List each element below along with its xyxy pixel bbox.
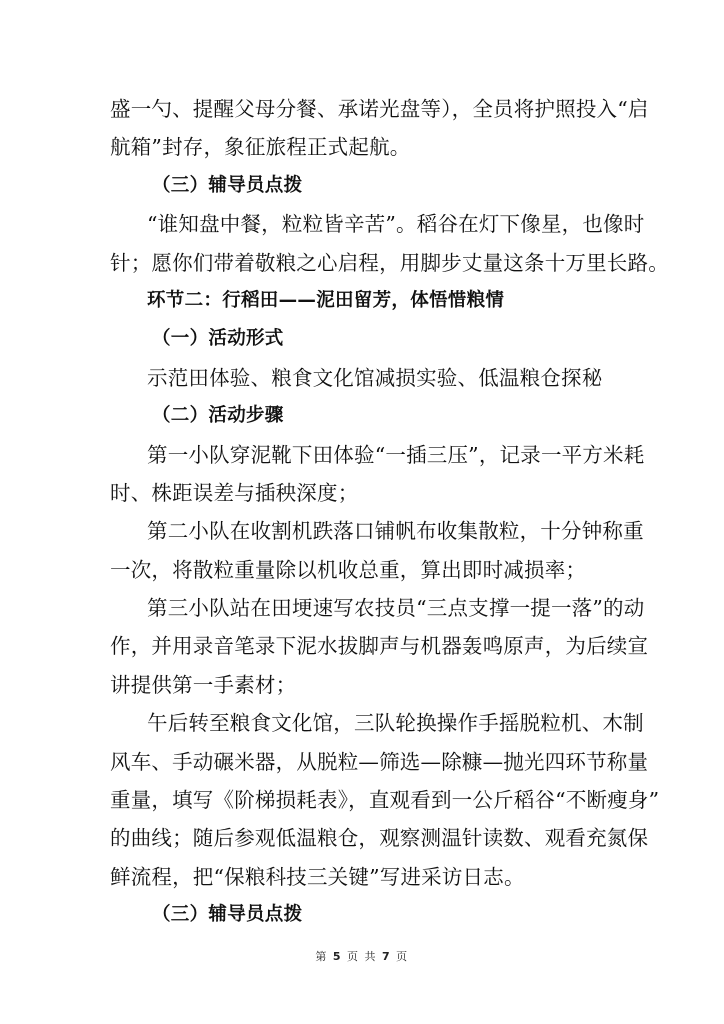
paragraph-line: 重量，填写《阶梯损耗表》，直观看到一公斤稻谷“不断瘦身”	[110, 781, 620, 819]
paragraph-line: 针；愿你们带着敬粮之心启程，用脚步丈量这条十万里长路。	[110, 244, 620, 282]
paragraph-line: 作，并用录音笔录下泥水拔脚声与机器轰鸣原声，为后续宣	[110, 627, 620, 665]
paragraph-line: 第二小队在收割机跌落口铺帆布收集散粒，十分钟称重	[110, 512, 620, 550]
paragraph-line: 时、株距误差与插秧深度；	[110, 474, 620, 512]
paragraph-line: 盛一勺、提醒父母分餐、承诺光盘等），全员将护照投入“启	[110, 90, 620, 128]
paragraph-line: 鲜流程，把“保粮科技三关键”写进采访日志。	[110, 858, 620, 896]
subheading-activity-form: （一）活动形式	[110, 320, 620, 358]
current-page-number: 5	[333, 950, 342, 963]
subheading-counselor-guidance: （三）辅导员点拨	[110, 167, 620, 205]
footer-prefix: 第	[315, 950, 328, 963]
subheading-activity-steps: （二）活动步骤	[110, 397, 620, 435]
paragraph-line: 航箱”封存，象征旅程正式起航。	[110, 128, 620, 166]
paragraph-line: 风车、手动碾米器，从脱粒—筛选—除糠—抛光四环节称量	[110, 743, 620, 781]
subheading-counselor-guidance: （三）辅导员点拨	[110, 896, 620, 934]
activity-form-text: 示范田体验、粮食文化馆减损实验、低温粮仓探秘	[110, 359, 620, 397]
paragraph-line: 第三小队站在田埂速写农技员“三点支撑一提一落”的动	[110, 589, 620, 627]
total-page-count: 7	[382, 950, 391, 963]
page-footer: 第 5 页 共 7 页	[0, 948, 724, 964]
paragraph-line: 一次，将散粒重量除以机收总重，算出即时减损率；	[110, 551, 620, 589]
section-heading-stage-two: 环节二：行稻田——泥田留芳，体悟惜粮情	[110, 282, 620, 320]
document-page: 盛一勺、提醒父母分餐、承诺光盘等），全员将护照投入“启 航箱”封存，象征旅程正式…	[110, 90, 620, 935]
paragraph-line: 午后转至粮食文化馆，三队轮换操作手摇脱粒机、木制	[110, 704, 620, 742]
paragraph-line: 第一小队穿泥靴下田体验“一插三压”，记录一平方米耗	[110, 436, 620, 474]
footer-suffix: 页	[396, 950, 409, 963]
paragraph-line: “谁知盘中餐，粒粒皆辛苦”。稻谷在灯下像星，也像时	[110, 205, 620, 243]
footer-middle: 页 共	[347, 950, 377, 963]
paragraph-line: 的曲线；随后参观低温粮仓，观察测温针读数、观看充氮保	[110, 819, 620, 857]
paragraph-line: 讲提供第一手素材；	[110, 666, 620, 704]
